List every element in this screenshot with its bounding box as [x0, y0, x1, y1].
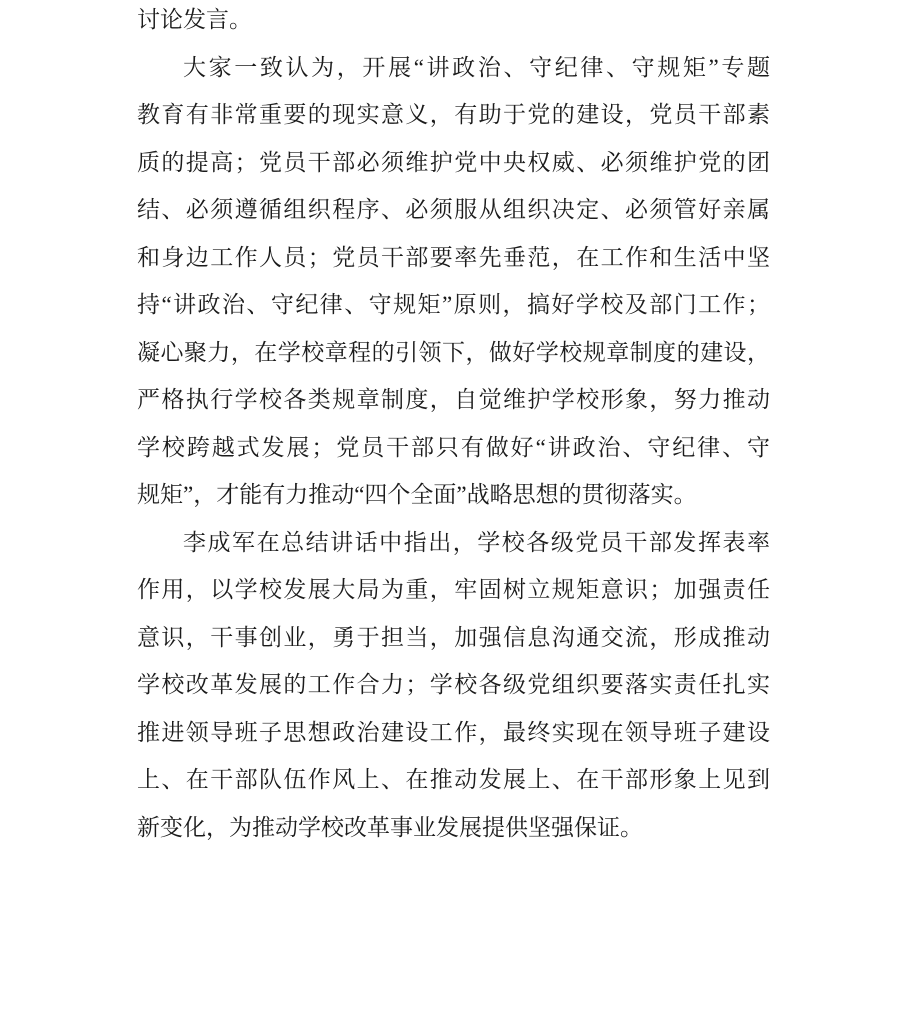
text-line: 新变化，为推动学校改革事业发展提供坚强保证。 [137, 804, 770, 852]
text-line: 凝心聚力，在学校章程的引领下，做好学校规章制度的建设， [137, 329, 770, 377]
text-line: 学校改革发展的工作合力；学校各级党组织要落实责任扎实 [137, 661, 770, 709]
text-line: 和身边工作人员；党员干部要率先垂范，在工作和生活中坚 [137, 234, 770, 282]
text-line: 规矩”，才能有力推动“四个全面”战略思想的贯彻落实。 [137, 471, 770, 519]
text-line: 严格执行学校各类规章制度，自觉维护学校形象，努力推动 [137, 376, 770, 424]
text-line: 李成军在总结讲话中指出，学校各级党员干部发挥表率 [137, 519, 770, 567]
document-page: 讨论发言。大家一致认为，开展“讲政治、守纪律、守规矩”专题教育有非常重要的现实意… [0, 0, 906, 1026]
text-line: 上、在干部队伍作风上、在推动发展上、在干部形象上见到 [137, 756, 770, 804]
text-line: 大家一致认为，开展“讲政治、守纪律、守规矩”专题 [137, 44, 770, 92]
text-line: 持“讲政治、守纪律、守规矩”原则，搞好学校及部门工作； [137, 281, 770, 329]
document-text-block: 讨论发言。大家一致认为，开展“讲政治、守纪律、守规矩”专题教育有非常重要的现实意… [137, 0, 770, 851]
text-line: 教育有非常重要的现实意义，有助于党的建设，党员干部素 [137, 91, 770, 139]
text-line: 讨论发言。 [137, 0, 770, 44]
text-line: 作用，以学校发展大局为重，牢固树立规矩意识；加强责任 [137, 566, 770, 614]
text-line: 质的提高；党员干部必须维护党中央权威、必须维护党的团 [137, 139, 770, 187]
text-line: 学校跨越式发展；党员干部只有做好“讲政治、守纪律、守 [137, 424, 770, 472]
text-line: 推进领导班子思想政治建设工作，最终实现在领导班子建设 [137, 709, 770, 757]
text-line: 意识，干事创业，勇于担当，加强信息沟通交流，形成推动 [137, 614, 770, 662]
text-line: 结、必须遵循组织程序、必须服从组织决定、必须管好亲属 [137, 186, 770, 234]
